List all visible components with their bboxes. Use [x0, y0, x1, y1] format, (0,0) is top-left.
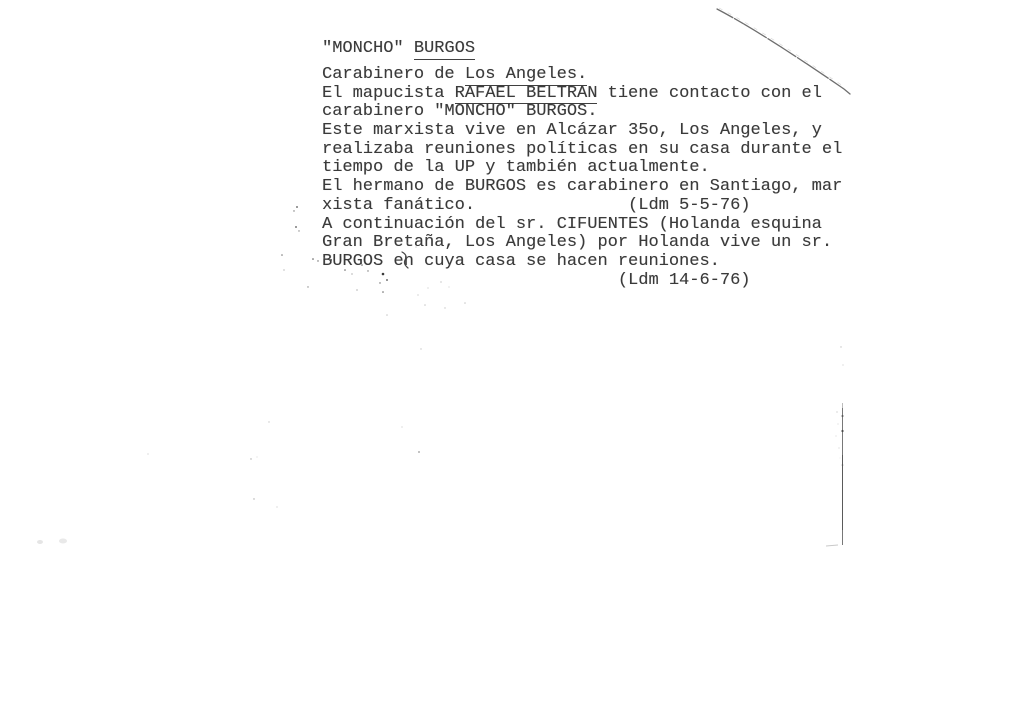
document-line-7: El hermano de BURGOS es carabinero en Sa…: [322, 178, 842, 197]
line-text: A continuación del sr. CIFUENTES (Holand…: [322, 215, 822, 234]
line-text: El hermano de BURGOS es carabinero en Sa…: [322, 177, 842, 196]
document-line-3: carabinero "MONCHO" BURGOS.: [322, 103, 842, 122]
document-line-6: tiempo de la UP y también actualmente.: [322, 159, 842, 178]
document-line-11: BURGOS en cuya casa se hacen reuniones.: [322, 253, 842, 272]
line-text: xista fanático. (Ldm 5-5-76): [322, 196, 750, 215]
document-line-9: A continuación del sr. CIFUENTES (Holand…: [322, 216, 842, 235]
title-text: "MONCHO": [322, 39, 414, 58]
document-line-2: El mapucista RAFAEL BELTRAN tiene contac…: [322, 85, 842, 104]
underlined-text: Los Angeles.: [465, 65, 587, 86]
document-line-4: Este marxista vive en Alcázar 35o, Los A…: [322, 122, 842, 141]
line-text: Gran Bretaña, Los Angeles) por Holanda v…: [322, 233, 832, 252]
dust-specks: [147, 302, 465, 507]
line-text: Este marxista vive en Alcázar 35o, Los A…: [322, 121, 822, 140]
document-line-5: realizaba reuniones políticas en su casa…: [322, 141, 842, 160]
document-line-1: Carabinero de Los Angeles.: [322, 66, 842, 85]
underlined-text: RAFAEL BELTRAN: [455, 84, 598, 105]
line-text: BURGOS en cuya casa se hacen reuniones.: [322, 252, 720, 271]
line-text: realizaba reuniones políticas en su casa…: [322, 140, 842, 159]
document-line-10: Gran Bretaña, Los Angeles) por Holanda v…: [322, 234, 842, 253]
line-text: (Ldm 14-6-76): [322, 271, 750, 290]
document-body: Carabinero de Los Angeles. El mapucista …: [322, 66, 842, 290]
line-text: El mapucista: [322, 84, 455, 103]
line-text: carabinero "MONCHO" BURGOS.: [322, 102, 597, 121]
line-text: Carabinero de: [322, 65, 465, 84]
scanned-document-page: "MONCHO" BURGOS Carabinero de Los Angele…: [0, 0, 1012, 717]
document-title: "MONCHO" BURGOS: [322, 40, 475, 59]
title-underlined-text: BURGOS: [414, 39, 475, 60]
line-text: tiempo de la UP y también actualmente.: [322, 158, 710, 177]
scan-edge-line: [826, 346, 844, 546]
line-text: tiene contacto con el: [597, 84, 821, 103]
document-line-12: (Ldm 14-6-76): [322, 272, 842, 291]
faint-smudge: [37, 539, 67, 545]
document-line-8: xista fanático. (Ldm 5-5-76): [322, 197, 842, 216]
